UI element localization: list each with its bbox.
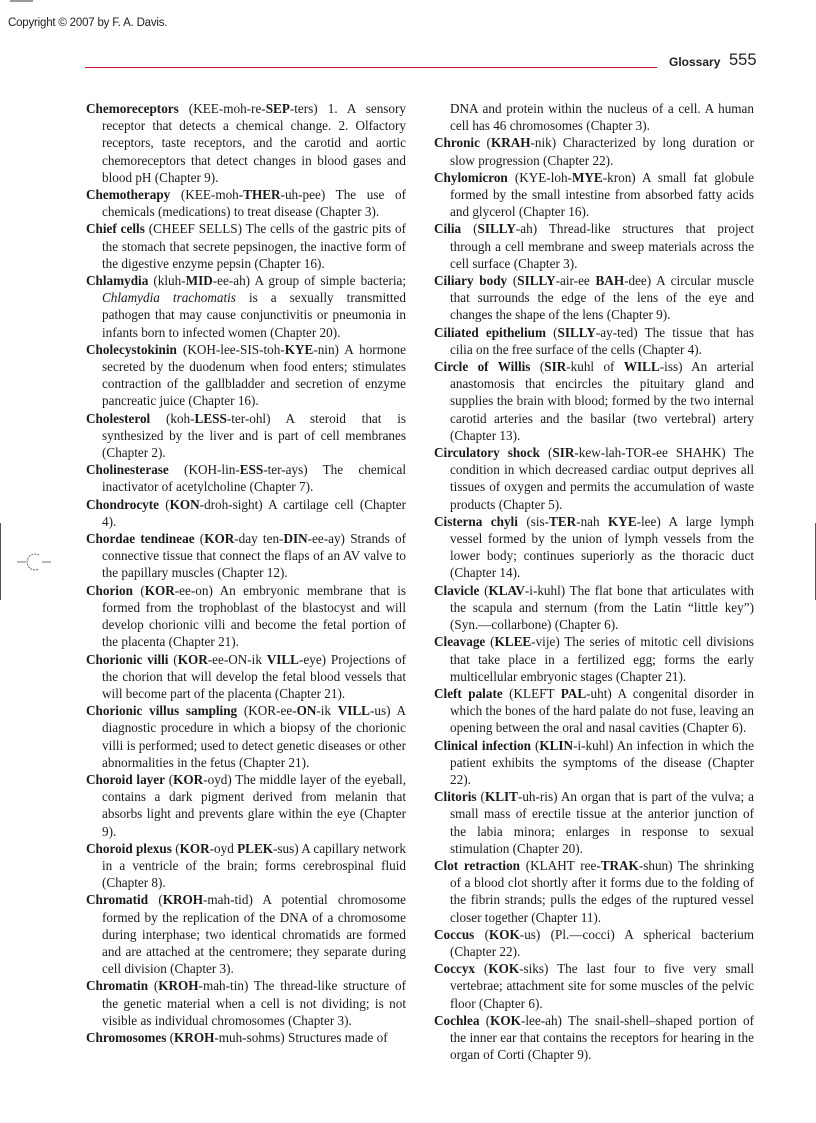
pronunciation: (KOR-oyd) (169, 772, 232, 787)
glossary-entry: Coccyx (KOK-siks) The last four to five … (434, 960, 754, 1012)
registration-mark-icon (17, 551, 51, 573)
glossary-term: Chlamydia (86, 273, 148, 288)
glossary-term: Clavicle (434, 583, 479, 598)
top-edge-mark (10, 0, 33, 2)
pronunciation: (KRAH-nik) (487, 135, 557, 150)
glossary-term: Coccyx (434, 961, 475, 976)
pronunciation: (KOR-oyd PLEK-sus) (175, 841, 299, 856)
glossary-term: Chromatid (86, 892, 148, 907)
glossary-entry: Choroid layer (KOR-oyd) The middle layer… (86, 771, 406, 840)
definition: A group of simple bacteria; Chlamydia tr… (102, 273, 406, 340)
glossary-entry: Chylomicron (KYE-loh-MYE-kron) A small f… (434, 169, 754, 221)
glossary-entry-continuation: DNA and protein within the nucleus of a … (434, 100, 754, 134)
header-rule (85, 67, 657, 68)
glossary-entry: Circulatory shock (SIR-kew-lah-TOR-ee SH… (434, 444, 754, 513)
glossary-term: Cilia (434, 221, 461, 236)
pronunciation: (KOR-ee-ON-ik VILL-us) (244, 703, 391, 718)
pronunciation: (KEE-moh-re-SEP-ters) (189, 101, 318, 116)
pronunciation: (SILLY-air-ee BAH-dee) (513, 273, 651, 288)
glossary-entry: Ciliary body (SILLY-air-ee BAH-dee) A ci… (434, 272, 754, 324)
glossary-entry: Chondrocyte (KON-droh-sight) A cartilage… (86, 496, 406, 530)
glossary-entry: Clot retraction (KLAHT ree-TRAK-shun) Th… (434, 857, 754, 926)
definition: The thread-like structure of the genetic… (102, 978, 406, 1027)
glossary-term: Chylomicron (434, 170, 508, 185)
glossary-entry: Ciliated epithelium (SILLY-ay-ted) The t… (434, 324, 754, 358)
definition: A potential chromosome formed by the rep… (102, 892, 406, 976)
glossary-entry: Chorion (KOR-ee-on) An embryonic membran… (86, 582, 406, 651)
glossary-term: Chorion (86, 583, 133, 598)
pronunciation: (KOK-siks) (484, 961, 549, 976)
pronunciation: (KLAV-i-kuhl) (484, 583, 565, 598)
glossary-entry: Chromatid (KROH-mah-tid) A potential chr… (86, 891, 406, 977)
pronunciation: (KOR-ee-on) (140, 583, 213, 598)
glossary-entry: Clitoris (KLIT-uh-ris) An organ that is … (434, 788, 754, 857)
copyright-notice: Copyright © 2007 by F. A. Davis. (8, 17, 167, 29)
pronunciation: (KOH-lin-ESS-ter-ays) (184, 462, 308, 477)
glossary-entry: Cholecystokinin (KOH-lee-SIS-toh-KYE-nin… (86, 341, 406, 410)
pronunciation: (KROH-muh-sohms) (170, 1030, 285, 1045)
glossary-entry: Chorionic villus sampling (KOR-ee-ON-ik … (86, 702, 406, 771)
pronunciation: (KROH-mah-tid) (158, 892, 253, 907)
pronunciation: (KROH-mah-tin) (154, 978, 249, 993)
pronunciation: (KOH-lee-SIS-toh-KYE-nin) (183, 342, 339, 357)
glossary-term: Chromatin (86, 978, 148, 993)
glossary-term: Circulatory shock (434, 445, 540, 460)
glossary-entry: Chronic (KRAH-nik) Characterized by long… (434, 134, 754, 168)
pronunciation: (KYE-loh-MYE-kron) (515, 170, 636, 185)
glossary-entry: Chemoreceptors (KEE-moh-re-SEP-ters) 1. … (86, 100, 406, 186)
glossary-entry: Chromatin (KROH-mah-tin) The thread-like… (86, 977, 406, 1029)
glossary-entry: Cholinesterase (KOH-lin-ESS-ter-ays) The… (86, 461, 406, 495)
glossary-entry: Coccus (KOK-us) (Pl.—cocci) A spherical … (434, 926, 754, 960)
glossary-term: Clinical infection (434, 738, 531, 753)
definition: The cells of the gastric pits of the sto… (102, 221, 406, 270)
glossary-column-right: DNA and protein within the nucleus of a … (434, 100, 754, 1063)
pronunciation: (KLEE-vije) (490, 634, 560, 649)
pronunciation: (SILLY-ah) (473, 221, 537, 236)
pronunciation: (KOR-day ten-DIN-ee-ay) (200, 531, 345, 546)
glossary-term: Choroid plexus (86, 841, 172, 856)
glossary-entry: Choroid plexus (KOR-oyd PLEK-sus) A capi… (86, 840, 406, 892)
glossary-term: Choroid layer (86, 772, 165, 787)
glossary-term: Cholinesterase (86, 462, 169, 477)
pronunciation: (KLIN-i-kuhl) (535, 738, 613, 753)
glossary-term: Ciliary body (434, 273, 507, 288)
glossary-entry: Cochlea (KOK-lee-ah) The snail-shell–sha… (434, 1012, 754, 1064)
glossary-entry: Cleft palate (KLEFT PAL-uht) A congenita… (434, 685, 754, 737)
glossary-term: Circle of Willis (434, 359, 530, 374)
pronunciation: (KOR-ee-ON-ik VILL-eye) (173, 652, 326, 667)
glossary-term: Chondrocyte (86, 497, 159, 512)
glossary-entry: Clavicle (KLAV-i-kuhl) The flat bone tha… (434, 582, 754, 634)
pronunciation: (KLIT-uh-ris) (481, 789, 558, 804)
glossary-entry: Chordae tendineae (KOR-day ten-DIN-ee-ay… (86, 530, 406, 582)
left-edge-bar (0, 523, 1, 600)
glossary-term: Chemoreceptors (86, 101, 179, 116)
pronunciation: (KON-droh-sight) (165, 497, 262, 512)
glossary-term: Cleft palate (434, 686, 503, 701)
glossary-term: Chemotherapy (86, 187, 170, 202)
pronunciation: (SIR-kuhl of WILL-iss) (540, 359, 683, 374)
glossary-entry: Clinical infection (KLIN-i-kuhl) An infe… (434, 737, 754, 789)
pronunciation: (KLAHT ree-TRAK-shun) (526, 858, 673, 873)
page-number: 555 (729, 51, 757, 70)
glossary-term: Chromosomes (86, 1030, 166, 1045)
glossary-term: Cleavage (434, 634, 485, 649)
glossary-term: Coccus (434, 927, 474, 942)
running-head: Glossary (669, 55, 720, 69)
glossary-term: Chief cells (86, 221, 145, 236)
definition: Structures made of (288, 1030, 388, 1045)
glossary-term: Clitoris (434, 789, 477, 804)
pronunciation: (sis-TER-nah KYE-lee) (526, 514, 660, 529)
pronunciation: (koh-LESS-ter-ohl) (166, 411, 271, 426)
glossary-entry: Cleavage (KLEE-vije) The series of mitot… (434, 633, 754, 685)
glossary-entry: Chemotherapy (KEE-moh-THER-uh-pee) The u… (86, 186, 406, 220)
pronunciation: (CHEEF SELLS) (149, 221, 242, 236)
glossary-column-left: Chemoreceptors (KEE-moh-re-SEP-ters) 1. … (86, 100, 406, 1046)
pronunciation: (KOK-lee-ah) (486, 1013, 562, 1028)
glossary-term: Ciliated epithelium (434, 325, 546, 340)
pronunciation: (SIR-kew-lah-TOR-ee SHAHK) (548, 445, 726, 460)
glossary-entry: Cholesterol (koh-LESS-ter-ohl) A steroid… (86, 410, 406, 462)
pronunciation: (KLEFT PAL-uht) (509, 686, 612, 701)
glossary-term: Cisterna chyli (434, 514, 518, 529)
glossary-term: Cholecystokinin (86, 342, 177, 357)
glossary-entry: Chorionic villi (KOR-ee-ON-ik VILL-eye) … (86, 651, 406, 703)
glossary-entry: Chromosomes (KROH-muh-sohms) Structures … (86, 1029, 406, 1046)
pronunciation: (SILLY-ay-ted) (553, 325, 638, 340)
glossary-term: Chorionic villi (86, 652, 168, 667)
glossary-entry: Cisterna chyli (sis-TER-nah KYE-lee) A l… (434, 513, 754, 582)
glossary-term: Cholesterol (86, 411, 150, 426)
glossary-term: Chordae tendineae (86, 531, 195, 546)
glossary-entry: Circle of Willis (SIR-kuhl of WILL-iss) … (434, 358, 754, 444)
pronunciation: (kluh-MID-ee-ah) (153, 273, 250, 288)
glossary-term: Chorionic villus sampling (86, 703, 237, 718)
glossary-entry: Chlamydia (kluh-MID-ee-ah) A group of si… (86, 272, 406, 341)
glossary-term: Clot retraction (434, 858, 520, 873)
pronunciation: (KOK-us) (485, 927, 541, 942)
glossary-entry: Cilia (SILLY-ah) Thread-like structures … (434, 220, 754, 272)
glossary-term: Cochlea (434, 1013, 479, 1028)
glossary-entry: Chief cells (CHEEF SELLS) The cells of t… (86, 220, 406, 272)
pronunciation: (KEE-moh-THER-uh-pee) (181, 187, 325, 202)
glossary-term: Chronic (434, 135, 480, 150)
